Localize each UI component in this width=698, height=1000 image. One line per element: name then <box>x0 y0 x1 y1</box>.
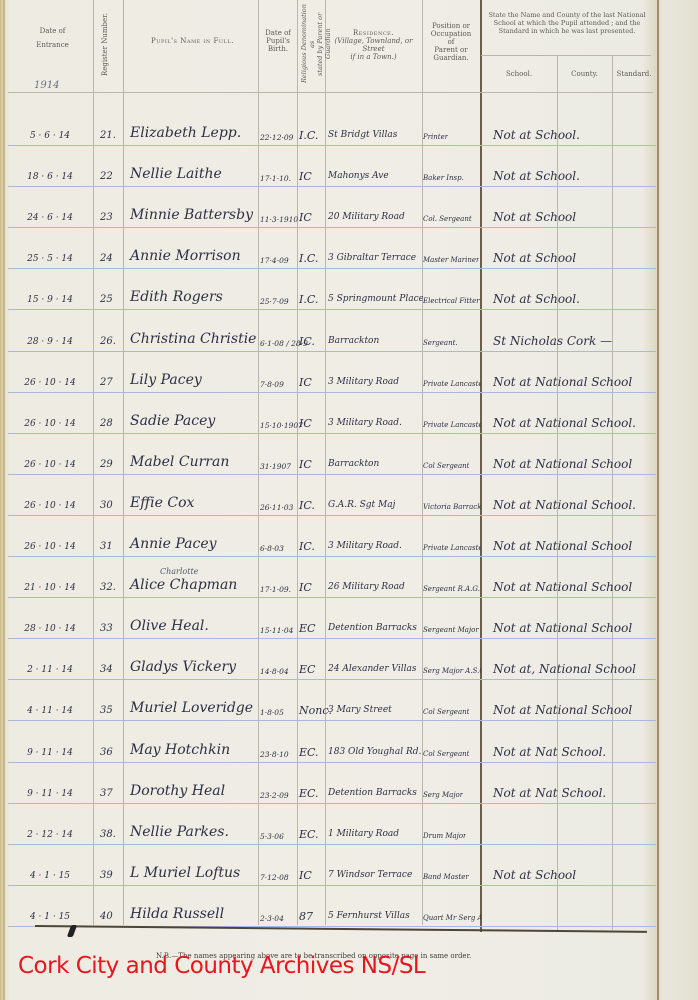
column-divider <box>297 0 298 925</box>
residence: 183 Old Youghal Rd. <box>328 747 421 757</box>
residence: 3 Military Road. <box>328 541 402 551</box>
date-of-birth: 7·8·09 <box>260 380 284 389</box>
entry-date: 25 · 5 · 14 <box>10 254 90 264</box>
name-insertion: Charlotte <box>160 567 198 576</box>
religion: IC <box>299 376 312 389</box>
residence: 5 Fernhurst Villas <box>328 911 410 921</box>
date-of-birth: 15·11·04 <box>260 626 293 635</box>
last-school: Not at National School. <box>493 498 636 512</box>
pupil-name: Sadie Pacey <box>130 413 215 429</box>
register-number: 32. <box>100 582 116 593</box>
header-date-of-entrance: Date of Entrance <box>30 27 75 49</box>
ruled-line <box>8 268 656 269</box>
last-school: Not at National School <box>493 703 632 717</box>
religion: EC <box>299 622 315 635</box>
register-number: 38. <box>100 829 116 840</box>
religion: IC <box>299 211 312 224</box>
pupil-name: Minnie Battersby <box>130 207 253 223</box>
pupil-name: Hilda Russell <box>130 906 224 922</box>
header-religious-denomination: Religious Denomination as stated by Pare… <box>300 0 322 88</box>
religion: 87 <box>299 910 313 923</box>
religion: EC <box>299 663 315 676</box>
ruled-line <box>8 145 656 146</box>
occupation: Private Lancaster <box>423 380 481 388</box>
last-school: Not at School. <box>493 292 580 306</box>
residence: St Bridgt Villas <box>328 130 397 140</box>
residence: G.A.R. Sgt Maj <box>328 500 395 510</box>
register-number: 39 <box>100 870 113 881</box>
residence: Detention Barracks <box>328 788 417 798</box>
entry-date: 2 · 11 · 14 <box>10 665 90 675</box>
entry-date: 4 · 1 · 15 <box>10 871 90 881</box>
ruled-line <box>8 351 656 352</box>
ruled-line <box>8 227 656 228</box>
last-school: Not at School. <box>493 169 580 183</box>
pupil-name: Gladys Vickery <box>130 659 236 675</box>
entry-date: 4 · 1 · 15 <box>10 912 90 922</box>
last-school: Not at School <box>493 210 576 224</box>
register-number: 34 <box>100 664 113 675</box>
residence: 3 Military Road. <box>328 418 402 428</box>
residence: 3 Military Road <box>328 377 399 387</box>
residence: 3 Mary Street <box>328 705 392 715</box>
register-number: 33 <box>100 623 113 634</box>
entry-date: 28 · 9 · 14 <box>10 337 90 347</box>
header-standard: Standard. <box>612 70 656 78</box>
religion: IC <box>299 458 312 471</box>
ruled-line <box>8 474 656 475</box>
religion: IC <box>299 170 312 183</box>
pupil-name: Christina Christie <box>130 331 256 347</box>
residence: Detention Barracks <box>328 623 417 633</box>
religion: I.C. <box>299 252 318 265</box>
entry-date: 26 · 10 · 14 <box>10 419 90 429</box>
ruled-line <box>8 556 656 557</box>
last-school: Not at National School <box>493 457 632 471</box>
occupation: Serg Major <box>423 791 463 799</box>
entry-date: 28 · 10 · 14 <box>10 624 90 634</box>
residence: 1 Military Road <box>328 829 399 839</box>
register-number: 26. <box>100 336 116 347</box>
ruled-line <box>8 844 656 845</box>
register-number: 37 <box>100 788 113 799</box>
occupation: Master Mariner <box>423 256 479 264</box>
entry-date: 18 · 6 · 14 <box>10 172 90 182</box>
entry-date: 26 · 10 · 14 <box>10 378 90 388</box>
entry-date: 26 · 10 · 14 <box>10 542 90 552</box>
ruled-line <box>8 803 656 804</box>
date-of-birth: 17·4·09 <box>260 256 289 265</box>
last-school: Not at National School <box>493 375 632 389</box>
header-bottom-rule <box>8 92 653 93</box>
register-number: 35 <box>100 705 113 716</box>
entry-date: 2 · 12 · 14 <box>10 830 90 840</box>
date-of-birth: 15·10·1907 <box>260 421 303 430</box>
last-school: Not at National School <box>493 539 632 553</box>
entry-date: 9 · 11 · 14 <box>10 748 90 758</box>
occupation: Col Sergeant <box>423 708 469 716</box>
pupil-name: Elizabeth Lepp. <box>130 125 241 141</box>
date-of-birth: 17·1·09. <box>260 585 291 594</box>
occupation: Sergeant R.A.G. <box>423 585 480 593</box>
last-school: Not at Nat School. <box>493 786 606 800</box>
date-of-birth: 23·2·09 <box>260 791 289 800</box>
date-of-birth: 14·8·04 <box>260 667 289 676</box>
last-school: Not at National School <box>493 621 632 635</box>
register-page: Date of Entrance Register Number. Pupil'… <box>0 0 698 1000</box>
last-school: Not at, National School <box>493 662 636 676</box>
column-divider <box>123 0 124 925</box>
ruled-line <box>8 720 656 721</box>
date-of-birth: 31·1907 <box>260 462 291 471</box>
religion: EC. <box>299 746 319 759</box>
header-date-of-birth: Date of Pupil's Birth. <box>261 29 295 53</box>
pupil-name: Lily Pacey <box>130 372 202 388</box>
date-of-birth: 22·12·09 <box>260 133 293 142</box>
header-occupation: Position or Occupation of Parent or Guar… <box>424 22 478 62</box>
date-of-birth: 23·8·10 <box>260 750 289 759</box>
pupil-name: Annie Pacey <box>130 536 217 552</box>
header-last-school-note: State the Name and County of the last Na… <box>484 11 650 35</box>
last-school: St Nicholas Cork — <box>493 334 612 348</box>
header-pupil-name: Pupil's Name in Full. <box>130 37 255 45</box>
last-school: Not at Nat School. <box>493 745 606 759</box>
last-school: Not at School <box>493 868 576 882</box>
register-number: 22 <box>100 171 113 182</box>
occupation: Band Master <box>423 873 469 881</box>
register-number: 28 <box>100 418 113 429</box>
date-of-birth: 26·11·03 <box>260 503 293 512</box>
pupil-name: Effie Cox <box>130 495 194 511</box>
residence: 7 Windsor Terrace <box>328 870 412 880</box>
residence: 3 Gibraltar Terrace <box>328 253 416 263</box>
occupation: Electrical Fitter <box>423 297 480 305</box>
column-divider <box>325 0 326 925</box>
date-of-birth: 2·3·04 <box>260 914 284 923</box>
last-school: Not at National School. <box>493 416 636 430</box>
header-residence: Residence. (Village, Townland, or Street… <box>327 29 420 61</box>
occupation: Sergeant. <box>423 339 458 347</box>
ruled-line <box>8 762 656 763</box>
pupil-name: Muriel Loveridge <box>130 700 253 716</box>
date-of-birth: 6·8·03 <box>260 544 284 553</box>
religion: I.C. <box>299 129 318 142</box>
column-divider <box>93 0 94 925</box>
ruled-line <box>8 186 656 187</box>
occupation: Quart Mr Serg A.S.C. <box>423 914 481 922</box>
register-number: 25 <box>100 294 113 305</box>
religion: IC <box>299 417 312 430</box>
ruled-line <box>8 309 656 310</box>
register-number: 23 <box>100 212 113 223</box>
entry-date: 26 · 10 · 14 <box>10 460 90 470</box>
occupation: Serg Major A.S.C. <box>423 667 481 675</box>
occupation: Private Lancaster <box>423 544 481 552</box>
ruled-line <box>8 433 656 434</box>
register-number: 31 <box>100 541 113 552</box>
ruled-line <box>8 679 656 680</box>
ruled-line <box>8 638 656 639</box>
pupil-name: Dorothy Heal <box>130 783 225 799</box>
pupil-name: Edith Rogers <box>130 289 223 305</box>
occupation: Private Lancaster <box>423 421 481 429</box>
last-school: Not at School <box>493 251 576 265</box>
register-number: 24 <box>100 253 113 264</box>
pupil-name: Alice Chapman <box>130 577 237 593</box>
register-number: 29 <box>100 459 113 470</box>
archive-watermark: Cork City and County Archives NS/SL <box>18 953 425 979</box>
header-county: County. <box>558 70 611 78</box>
register-number: 21. <box>100 130 116 141</box>
religion: IC <box>299 581 312 594</box>
pupil-name: Nellie Laithe <box>130 166 222 182</box>
entry-date: 5 · 6 · 14 <box>10 131 90 141</box>
entry-date: 4 · 11 · 14 <box>10 706 90 716</box>
register-number: 36 <box>100 747 113 758</box>
date-of-birth: 11·3·1910 <box>260 215 298 224</box>
last-school: Not at School. <box>493 128 580 142</box>
page-gutter <box>657 0 659 1000</box>
pupil-name: May Hotchkin <box>130 742 230 758</box>
residence: Mahonys Ave <box>328 171 389 181</box>
occupation: Drum Major <box>423 832 466 840</box>
entry-date: 26 · 10 · 14 <box>10 501 90 511</box>
last-school: Not at National School <box>493 580 632 594</box>
occupation: Col. Sergeant <box>423 215 472 223</box>
religion: EC. <box>299 787 319 800</box>
date-of-birth: 1·8·05 <box>260 708 284 717</box>
register-number: 40 <box>100 911 113 922</box>
entry-date: 24 · 6 · 14 <box>10 213 90 223</box>
header-school: School. <box>482 70 556 78</box>
religion: IC <box>299 869 312 882</box>
entry-date: 21 · 10 · 14 <box>10 583 90 593</box>
occupation: Col Sergeant <box>423 750 469 758</box>
date-of-birth: 17·1·10. <box>260 174 291 183</box>
date-of-birth: 5·3·06 <box>260 832 284 841</box>
religion: EC. <box>299 828 319 841</box>
religion: IC. <box>299 335 315 348</box>
register-number: 30 <box>100 500 113 511</box>
ruled-line <box>8 515 656 516</box>
occupation: Baker Insp. <box>423 174 464 182</box>
residence: 24 Alexander Villas <box>328 664 416 674</box>
occupation: Victoria Barracks <box>423 503 481 511</box>
ruled-line <box>8 597 656 598</box>
column-divider <box>258 0 259 925</box>
residence: 26 Military Road <box>328 582 405 592</box>
ruled-line <box>8 885 656 886</box>
pupil-name: Olive Heal. <box>130 618 209 634</box>
occupation: Sergeant Major <box>423 626 479 634</box>
register-number: 27 <box>100 377 113 388</box>
year-label: 1914 <box>34 80 59 91</box>
religion: IC. <box>299 540 315 553</box>
date-of-birth: 25·7·09 <box>260 297 289 306</box>
entry-date: 9 · 11 · 14 <box>10 789 90 799</box>
residence: 20 Military Road <box>328 212 405 222</box>
pupil-name: Annie Morrison <box>130 248 241 264</box>
date-of-birth: 7·12·08 <box>260 873 289 882</box>
residence: Barrackton <box>328 459 379 469</box>
header-register-number: Register Number. <box>101 10 115 80</box>
occupation: Printer <box>423 133 448 141</box>
pupil-name: Nellie Parkes. <box>130 824 229 840</box>
ruled-line <box>8 392 656 393</box>
occupation: Col Sergeant <box>423 462 469 470</box>
religion: IC. <box>299 499 315 512</box>
pupil-name: Mabel Curran <box>130 454 229 470</box>
pupil-name: L Muriel Loftus <box>130 865 240 881</box>
residence: Barrackton <box>328 336 379 346</box>
entry-date: 15 · 9 · 14 <box>10 295 90 305</box>
religion: I.C. <box>299 293 318 306</box>
binding-edge <box>3 0 5 1000</box>
header-subdivider <box>481 55 651 56</box>
residence: 5 Springmount Place <box>328 294 423 304</box>
column-divider-thick <box>480 0 482 932</box>
